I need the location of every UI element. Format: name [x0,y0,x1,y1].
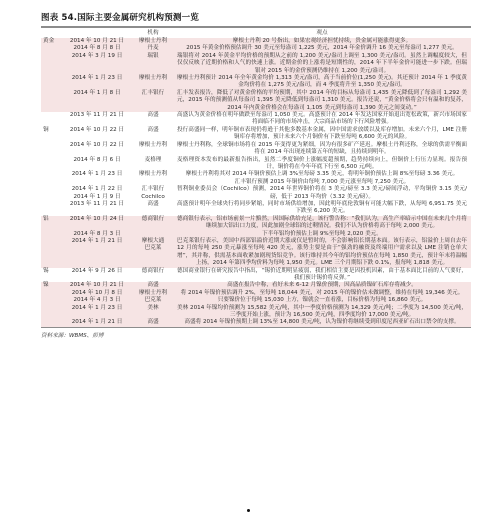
table-row: 汇丰银行预测 2015 年铜价由每吨 7,000 美元涨至每吨 7,250 美元… [41,179,471,186]
table-row: 2014 年 8 月 6 日麦格理麦格理资本发布的最新报告指出，虽然二季度铜价上… [41,157,471,172]
metal-cell [41,201,62,216]
date-cell: 2013 年 11 月 21 日 [62,112,132,127]
view-cell: 瑞银将对 2014 年黄金平均价格的预期从之前的 1,200 美元/盎司上调至 … [174,53,471,75]
table-row: 镍2014 年 10 月 21 日高盛高盛在报告中称，看好未来 6-12 月镍价… [41,282,471,289]
forecast-table: 机构 观点 黄金2014 年 10 月 21 日摩根士丹利摩根士丹利 20 号指… [41,28,471,327]
table-row: 2014 年 8 月 3 日下半年铝均价预估上调 9%至每吨 2,020 美元。 [41,231,471,238]
table-row: 铝2014 年 10 月 24 日德商银行德商银行表示，铝市场前景一片黯然，因国… [41,216,471,231]
table-row: 2013 年 11 月 21 日高盛高盛预计明年全球央行将同步紧缩，同时市场供给… [41,201,471,216]
date-cell: 2014 年 8 月 3 日 [62,231,132,238]
header-institution: 机构 [132,28,174,38]
metal-cell [41,75,62,90]
institution-cell: 麦格理 [132,157,174,172]
date-cell: 2014 年 10 月 22 日 [62,127,132,142]
header-row: 机构 观点 [41,28,471,38]
metal-cell [41,171,62,178]
metal-cell [41,142,62,157]
institution-cell: 高盛 [132,201,174,216]
institution-cell: 高盛 [132,319,174,326]
table-row: 2014 年 1 月 21 日高盛高盛将 2014 年镍价预期上调 13%至 1… [41,319,471,326]
table-row: 2014 年 1 月 21 日摩根大通 巴克莱巴克莱银行表示，美国中西部铝溢价近… [41,238,471,268]
view-cell: 摩根士丹利称，全球铜市场将在 2015 年变得更为紧细，因为有很多矿产延迟。摩根… [174,142,471,157]
document-page: 图表 54.国际主要金属研究机构预测一览 机构 观点 黄金2014 年 10 月… [41,12,471,339]
date-cell: 2014 年 9 月 26 日 [62,268,132,283]
view-cell: 麦格理资本发布的最新报告指出，虽然二季度铜价上涨幅度超预期，趋势持续向上，但铜价… [174,157,471,172]
metal-cell [41,179,62,186]
metal-cell [41,319,62,326]
date-cell: 2014 年 10 月 21 日 [62,282,132,289]
date-cell: 2013 年 11 月 21 日 [62,201,132,216]
view-cell: 汇丰发表报告，降低了对黄金价格的平均预期，其中 2014 年的目标从每盎司 1,… [174,90,471,112]
table-row: 2014 年 3 月 19 日瑞银瑞银将对 2014 年黄金平均价格的预期从之前… [41,53,471,75]
date-cell [62,179,132,186]
date-cell: 2014 年 1 月 22 日 2014 年 1 月 9 日 [62,186,132,201]
table-row: 铜2014 年 10 月 22 日高盛投行高盛同一样，明年铜市表现仍将逊于其他多… [41,127,471,142]
institution-cell: 摩根大通 巴克莱 [132,238,174,268]
table-row: 2014 年 4 月 3 日巴克莱只要镍价位于每吨 15,030 上方，镍就会一… [41,297,471,304]
view-cell: 美林 2014 年镍均价预测为 15,582 美元/吨，其中一季度价格预测为 1… [174,305,471,320]
view-cell: 巴克莱银行表示，美国中西部铝溢价近期大涨或仅是暂时的，不会影响铝长期基本面。该行… [174,238,471,268]
date-cell: 2014 年 1 月 21 日 [62,238,132,268]
date-cell: 2014 年 1 月 8 日 [62,90,132,112]
header-view: 观点 [174,28,471,38]
view-cell: 高盛认为黄金价格在明年做跌至每盎司 1,050 美元。高盛预计在 2014 年发… [174,112,471,127]
metal-cell [41,297,62,304]
date-cell: 2014 年 10 月 22 日 [62,142,132,157]
institution-cell: 美林 [132,305,174,320]
metal-cell: 锡 [41,268,62,283]
table-row: 2014 年 1 月 22 日 2014 年 1 月 9 日汇丰银行 Cochi… [41,186,471,201]
figure-title: 图表 54.国际主要金属研究机构预测一览 [41,12,471,24]
date-cell: 2014 年 10 月 24 日 [62,216,132,231]
view-cell: 高盛将 2014 年镍价预期上调 13%至 14,800 美元/吨，认为镍价将继… [174,319,471,326]
source-note: 资料来源：WBMS、彭博 [41,331,471,339]
view-cell: 德商银行表示，铝市场前景一片黯然，因国际供给充足。该行警告称：“我们认为，高生产… [174,216,471,231]
header-metal [41,28,62,38]
institution-cell: 汇丰银行 [132,90,174,112]
header-date [62,28,132,38]
date-cell: 2014 年 1 月 21 日 [62,319,132,326]
metal-cell [41,53,62,75]
metal-cell [41,45,62,52]
view-cell: 摩根士丹利将其对 2014 年铜价预估上调 3%至每磅 3.35 美元，将明年铜… [174,171,471,178]
view-cell: 摩根士丹利预计 2014 年全年黄金均价 1,313 美元/盎司，高于当前价位(… [174,75,471,90]
view-cell: 高盛预计明年全球央行将同步紧缩，同时市场供给增加，因此明年底伦敦铜有可能大幅下跌… [174,201,471,216]
date-cell: 2014 年 1 月 23 日 [62,171,132,178]
table-row: 2014 年 10 月 22 日摩根士丹利摩根士丹利称，全球铜市场将在 2015… [41,142,471,157]
bottom-rule [41,327,471,328]
table-row: 锡2014 年 9 月 26 日德商银行德国商业银行在研究报告中指出，“锡价近期… [41,268,471,283]
view-cell: 投行高盛同一样，明年铜市表现仍将逊于其他多数基本金属，因中国需求放缓以及库存增加… [174,127,471,142]
metal-cell: 铝 [41,216,62,231]
date-cell: 2014 年 1 月 23 日 [62,75,132,90]
page-dot [247,509,250,512]
institution-cell: 高盛 [132,282,174,289]
table-row: 2013 年 11 月 21 日高盛高盛认为黄金价格在明年做跌至每盎司 1,05… [41,112,471,127]
metal-cell [41,186,62,201]
institution-cell: 高盛 [132,127,174,142]
date-cell: 2014 年 3 月 19 日 [62,53,132,75]
table-row: 2014 年 1 月 8 日汇丰银行汇丰发表报告，降低了对黄金价格的平均预期，其… [41,90,471,112]
institution-cell [132,179,174,186]
metal-cell [41,112,62,127]
metal-cell: 铜 [41,127,62,142]
metal-cell [41,231,62,238]
institution-cell [132,231,174,238]
institution-cell: 摩根士丹利 [132,171,174,178]
table-row: 2014 年 1 月 23 日美林美林 2014 年镍均价预测为 15,582 … [41,305,471,320]
metal-cell [41,90,62,112]
table-row: 2014 年 1 月 23 日摩根士丹利摩根士丹利预计 2014 年全年黄金均价… [41,75,471,90]
metal-cell [41,157,62,172]
date-cell: 2014 年 1 月 23 日 [62,305,132,320]
date-cell: 2014 年 8 月 8 日 [62,45,132,52]
institution-cell: 高盛 [132,112,174,127]
institution-cell: 德商银行 [132,216,174,231]
institution-cell: 德商银行 [132,268,174,283]
view-cell: 只要镍价位于每吨 15,030 上方，镍就会一直看涨，目标价格为每吨 16,86… [174,297,471,304]
institution-cell: 汇丰银行 Cochilco [132,186,174,201]
metal-cell [41,290,62,297]
institution-cell: 摩根士丹利 [132,142,174,157]
table-row: 2014 年 1 月 23 日摩根士丹利摩根士丹利将其对 2014 年铜价预估上… [41,171,471,178]
institution-cell: 巴克莱 [132,297,174,304]
table-row: 2014 年 8 月 8 日丹麦2015 年黄金价格预估调升 30 美元至每盎司… [41,45,471,52]
view-cell: 智利铜业委员会（Cochilco）预测，2014 年世界铜价将在 3 美元/磅至… [174,186,471,201]
table-body: 黄金2014 年 10 月 21 日摩根士丹利摩根士丹利 20 号指出，如果宏观… [41,38,471,327]
institution-cell: 摩根士丹利 [132,75,174,90]
metal-cell: 镍 [41,282,62,289]
date-cell: 2014 年 8 月 6 日 [62,157,132,172]
metal-cell: 黄金 [41,38,62,45]
view-cell: 高盛在报告中称，看好未来 6-12 月镍价预期，因高品质镍矿石库存将减少。 [174,282,471,289]
institution-cell: 瑞银 [132,53,174,75]
view-cell: 汇丰银行预测 2015 年铜价由每吨 7,000 美元涨至每吨 7,250 美元… [174,179,471,186]
view-cell: 2015 年黄金价格预估调升 30 美元至每盎司 1,225 美元，2014 年… [174,45,471,52]
metal-cell [41,305,62,320]
date-cell: 2014 年 4 月 3 日 [62,297,132,304]
view-cell: 德国商业银行在研究报告中指出，“锡价近期明显疲弱，我们相信主要是因投机因素，由于… [174,268,471,283]
metal-cell [41,238,62,268]
view-cell: 下半年铝均价预估上调 9%至每吨 2,020 美元。 [174,231,471,238]
institution-cell: 丹麦 [132,45,174,52]
